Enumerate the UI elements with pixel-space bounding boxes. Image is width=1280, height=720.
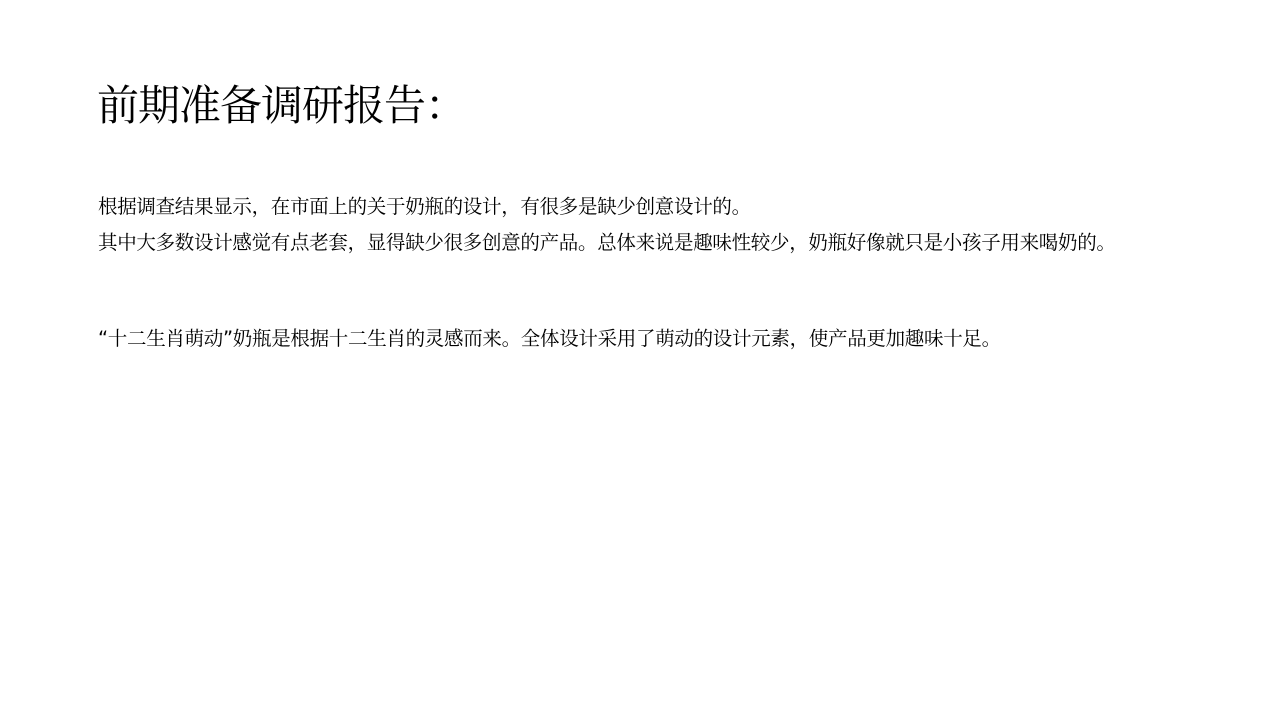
presentation-slide: 前期准备调研报告： 根据调查结果显示，在市面上的关于奶瓶的设计，有很多是缺少创意… (0, 0, 1280, 720)
product-concept-paragraph: “十二生肖萌动”奶瓶是根据十二生肖的灵感而来。全体设计采用了萌动的设计元素，使产… (98, 329, 1178, 349)
design-critique-paragraph: 其中大多数设计感觉有点老套，显得缺少很多创意的产品。总体来说是趣味性较少，奶瓶好… (98, 233, 1178, 253)
research-finding-paragraph: 根据调查结果显示，在市面上的关于奶瓶的设计，有很多是缺少创意设计的。 (98, 197, 1178, 217)
slide-title: 前期准备调研报告： (97, 78, 466, 134)
